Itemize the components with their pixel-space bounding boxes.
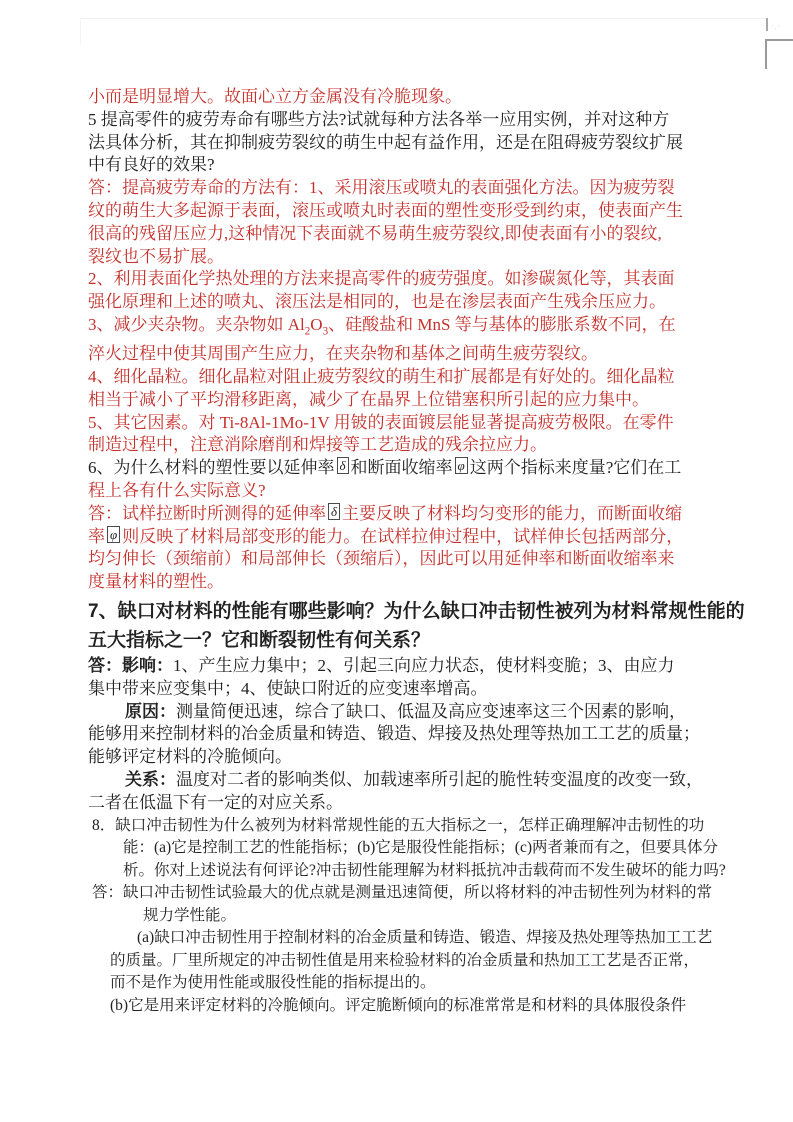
- answer-5-line-8: 淬火过程中使其周围产生应力，在夹杂物和基体之间萌生疲劳裂纹。: [88, 343, 728, 366]
- equation-symbol-delta: δ: [337, 457, 349, 474]
- answer-5-line-5: 2、利用表面化学热处理的方法来提高零件的疲劳强度。如渗碳氮化等，其表面: [88, 268, 728, 291]
- text-run: O: [310, 315, 322, 334]
- carryover-answer-line: 小而是明显增大。故面心立方金属没有冷脆现象。: [88, 86, 728, 109]
- answer-5-line-11: 5、其它因素。对 Ti-8Al-1Mo-1V 用铍的表面镀层能显著提高疲劳极限。…: [88, 412, 728, 435]
- question-5-line-1: 5 提高零件的疲劳寿命有哪些方法?试就每种方法各举一应用实例，并对这种方: [88, 109, 728, 132]
- answer-8-line-3: (a)缺口冲击韧性用于控制材料的冶金质量和铸造、锻造、焊接及热处理等热加工工艺: [88, 927, 728, 950]
- corner-mark-vertical-line: [765, 39, 767, 69]
- text-run: 相当于减小了平均滑移距离，减少了在晶界上位错塞积所引起的应力集中。: [88, 390, 649, 409]
- text-run: 纹的萌生大多起源于表面，滚压或喷丸时表面的塑性变形受到约束，使表面产生: [88, 201, 683, 220]
- text-run: 6、为什么材料的塑性要以延伸率: [88, 458, 335, 477]
- question-5-line-2: 法具体分析，其在抑制疲劳裂纹的萌生中起有益作用，还是在阻碍疲劳裂纹扩展: [88, 132, 728, 155]
- answer-5-line-2: 纹的萌生大多起源于表面，滚压或喷丸时表面的塑性变形受到约束，使表面产生: [88, 200, 728, 223]
- answer-5-line-3: 很高的残留压应力,这种情况下表面就不易萌生疲劳裂纹,即使表面有小的裂纹,: [88, 223, 728, 246]
- text-run: 小而是明显增大。故面心立方金属没有冷脆现象。: [88, 87, 462, 106]
- text-run: 主要反映了材料均匀变形的能力，而断面收缩: [342, 504, 682, 523]
- equation-symbol-delta: δ: [328, 503, 340, 520]
- text-run: 答：缺口冲击韧性试验最大的优点就是测量迅速简便，所以将材料的冲击韧性列为材料的常: [92, 884, 712, 901]
- text-run: 原因：: [125, 702, 176, 721]
- question-6-line-2: 程上各有什么实际意义?: [88, 480, 728, 503]
- question-7-line-1: 7、缺口对材料的性能有哪些影响？为什么缺口冲击韧性被列为材料常规性能的: [88, 597, 728, 626]
- answer-7-line-5: 能够评定材料的冷脆倾向。: [88, 746, 728, 769]
- answer-5-line-9: 4、细化晶粒。细化晶粒对阻止疲劳裂纹的萌生和扩展都是有好处的。细化晶粒: [88, 366, 728, 389]
- text-run: 答：提高疲劳寿命的方法有：1、采用滚压或喷丸的表面强化方法。因为疲劳裂: [88, 178, 675, 197]
- answer-7-line-3: 原因：测量简便迅速，综合了缺口、低温及高应变速率这三个因素的影响，: [88, 701, 728, 724]
- answer-5-line-4: 裂纹也不易扩展。: [88, 246, 728, 269]
- answer-7-line-1: 答：影响：1、产生应力集中；2、引起三向应力状态，使材料变脆；3、由应力: [88, 655, 728, 678]
- answer-5-line-10: 相当于减小了平均滑移距离，减少了在晶界上位错塞积所引起的应力集中。: [88, 389, 728, 412]
- text-run: 测量简便迅速，综合了缺口、低温及高应变速率这三个因素的影响，: [176, 702, 686, 721]
- answer-5-line-1: 答：提高疲劳寿命的方法有：1、采用滚压或喷丸的表面强化方法。因为疲劳裂: [88, 177, 728, 200]
- text-run: 5 提高零件的疲劳寿命有哪些方法?试就每种方法各举一应用实例，并对这种方: [88, 110, 669, 129]
- text-run: 很高的残留压应力,这种情况下表面就不易萌生疲劳裂纹,即使表面有小的裂纹,: [88, 224, 662, 243]
- answer-5-line-6: 强化原理和上述的喷丸、滚压法是相同的，也是在渗层表面产生残余压应力。: [88, 291, 728, 314]
- text-run: 五大指标之一？它和断裂韧性有何关系？: [88, 630, 430, 651]
- answer-8-line-2: 规力学性能。: [88, 905, 728, 928]
- answer-7-line-4: 能够用来控制材料的冶金质量和铸造、锻造、焊接及热处理等热加工工艺的质量；: [88, 723, 728, 746]
- answer-7-line-6: 关系：温度对二者的影响类似、加载速率所引起的脆性转变温度的改变一致，: [88, 769, 728, 792]
- text-run: 淬火过程中使其周围产生应力，在夹杂物和基体之间萌生疲劳裂纹。: [88, 344, 598, 363]
- text-run: 法具体分析，其在抑制疲劳裂纹的萌生中起有益作用，还是在阻碍疲劳裂纹扩展: [88, 133, 683, 152]
- document-page: ·.· 小而是明显增大。故面心立方金属没有冷脆现象。5 提高零件的疲劳寿命有哪些…: [0, 0, 793, 1122]
- text-run: 7、缺口对材料的性能有哪些影响？为什么缺口冲击韧性被列为材料常规性能的: [88, 601, 745, 622]
- corner-mark-upper-line: [766, 18, 768, 31]
- text-run: 程上各有什么实际意义?: [88, 481, 266, 500]
- document-content: 小而是明显增大。故面心立方金属没有冷脆现象。5 提高零件的疲劳寿命有哪些方法?试…: [88, 86, 728, 1017]
- text-run: 能：(a)它是控制工艺的性能指标；(b)它是服役性能指标；(c)两者兼而有之，但…: [123, 839, 718, 856]
- text-run: 关系：: [125, 770, 176, 789]
- text-run: 均匀伸长（颈缩前）和局部伸长（颈缩后），因此可以用延伸率和断面收缩率来: [88, 549, 675, 568]
- text-run: 这两个指标来度量?它们在工: [470, 458, 682, 477]
- text-run: 强化原理和上述的喷丸、滚压法是相同的，也是在渗层表面产生残余压应力。: [88, 292, 666, 311]
- text-run: 析。你对上述说法有何评论?冲击韧性能理解为材料抵抗冲击载荷而不发生破坏的能力吗?: [123, 862, 726, 879]
- text-run: 裂纹也不易扩展。: [88, 247, 224, 266]
- question-8-line-3: 析。你对上述说法有何评论?冲击韧性能理解为材料抵抗冲击载荷而不发生破坏的能力吗?: [88, 860, 728, 883]
- question-6-line-1: 6、为什么材料的塑性要以延伸率δ和断面收缩率φ这两个指标来度量?它们在工: [88, 457, 728, 480]
- text-run: 中有良好的效果?: [88, 155, 215, 174]
- text-run: 能够用来控制材料的冶金质量和铸造、锻造、焊接及热处理等热加工工艺的质量；: [88, 724, 700, 743]
- text-run: 的质量。厂里所规定的冲击韧性值是用来检验材料的冶金质量和热加工工艺是否正常，: [110, 952, 699, 969]
- text-run: 8．缺口冲击韧性为什么被列为材料常规性能的五大指标之一，怎样正确理解冲击韧性的功: [92, 817, 704, 834]
- answer-8-line-4: 的质量。厂里所规定的冲击韧性值是用来检验材料的冶金质量和热加工工艺是否正常，: [88, 950, 728, 973]
- equation-symbol-phi: φ: [107, 526, 120, 543]
- corner-mark-horizontal-line: [765, 39, 793, 41]
- corner-faint-specks: ·.·: [771, 24, 787, 36]
- answer-5-line-7: 3、减少夹杂物。夹杂物如 Al2O3、硅酸盐和 MnS 等与基体的膨胀系数不同，…: [88, 314, 728, 343]
- answer-6-line-2: 率φ则反映了材料局部变形的能力。在试样拉伸过程中，试样伸长包括两部分，: [88, 526, 728, 549]
- text-run: 规力学性能。: [143, 907, 236, 924]
- text-run: 度量材料的塑性。: [88, 572, 224, 591]
- question-7-line-2: 五大指标之一？它和断裂韧性有何关系？: [88, 626, 728, 655]
- answer-6-line-1: 答：试样拉断时所测得的延伸率δ主要反映了材料均匀变形的能力，而断面收缩: [88, 503, 728, 526]
- text-run: 二者在低温下有一定的对应关系。: [88, 793, 343, 812]
- text-run: 和断面收缩率: [351, 458, 453, 477]
- question-5-line-3: 中有良好的效果?: [88, 154, 728, 177]
- answer-7-line-7: 二者在低温下有一定的对应关系。: [88, 792, 728, 815]
- text-run: 答：影响：: [88, 656, 173, 675]
- text-run: 5、其它因素。对 Ti-8Al-1Mo-1V 用铍的表面镀层能显著提高疲劳极限。…: [88, 413, 674, 432]
- text-run: 则反映了材料局部变形的能力。在试样拉伸过程中，试样伸长包括两部分，: [122, 527, 683, 546]
- answer-8-line-6: (b)它是用来评定材料的冷脆倾向。评定脆断倾向的标准常常是和材料的具体服役条件: [88, 995, 728, 1018]
- answer-5-line-12: 制造过程中，注意消除磨削和焊接等工艺造成的残余拉应力。: [88, 434, 728, 457]
- question-8-line-2: 能：(a)它是控制工艺的性能指标；(b)它是服役性能指标；(c)两者兼而有之，但…: [88, 837, 728, 860]
- page-frame-left-line: [80, 18, 81, 44]
- answer-8-line-5: 而不是作为使用性能或服役性能的指标提出的。: [88, 972, 728, 995]
- question-8-line-1: 8．缺口冲击韧性为什么被列为材料常规性能的五大指标之一，怎样正确理解冲击韧性的功: [88, 815, 728, 838]
- text-run: 能够评定材料的冷脆倾向。: [88, 747, 292, 766]
- text-run: 温度对二者的影响类似、加载速率所引起的脆性转变温度的改变一致，: [176, 770, 703, 789]
- page-frame-top-line: [80, 18, 768, 19]
- text-run: 1、产生应力集中；2、引起三向应力状态，使材料变脆；3、由应力: [173, 656, 675, 675]
- text-run: 而不是作为使用性能或服役性能的指标提出的。: [110, 974, 436, 991]
- answer-8-line-1: 答：缺口冲击韧性试验最大的优点就是测量迅速简便，所以将材料的冲击韧性列为材料的常: [88, 882, 728, 905]
- text-run: 制造过程中，注意消除磨削和焊接等工艺造成的残余拉应力。: [88, 435, 547, 454]
- text-run: 4、细化晶粒。细化晶粒对阻止疲劳裂纹的萌生和扩展都是有好处的。细化晶粒: [88, 367, 675, 386]
- text-run: 3、减少夹杂物。夹杂物如 Al: [88, 315, 305, 334]
- answer-6-line-4: 度量材料的塑性。: [88, 571, 728, 594]
- equation-symbol-phi: φ: [455, 457, 468, 474]
- answer-7-line-2: 集中带来应变集中；4、使缺口附近的应变速率增高。: [88, 678, 728, 701]
- text-run: 、硅酸盐和 MnS 等与基体的膨胀系数不同，在: [328, 315, 676, 334]
- answer-6-line-3: 均匀伸长（颈缩前）和局部伸长（颈缩后），因此可以用延伸率和断面收缩率来: [88, 548, 728, 571]
- text-run: 率: [88, 527, 105, 546]
- text-run: 2、利用表面化学热处理的方法来提高零件的疲劳强度。如渗碳氮化等，其表面: [88, 269, 675, 288]
- text-run: 答：试样拉断时所测得的延伸率: [88, 504, 326, 523]
- text-run: 集中带来应变集中；4、使缺口附近的应变速率增高。: [88, 679, 488, 698]
- text-run: (a)缺口冲击韧性用于控制材料的冶金质量和铸造、锻造、焊接及热处理等热加工工艺: [137, 929, 712, 946]
- text-run: (b)它是用来评定材料的冷脆倾向。评定脆断倾向的标准常常是和材料的具体服役条件: [110, 997, 686, 1014]
